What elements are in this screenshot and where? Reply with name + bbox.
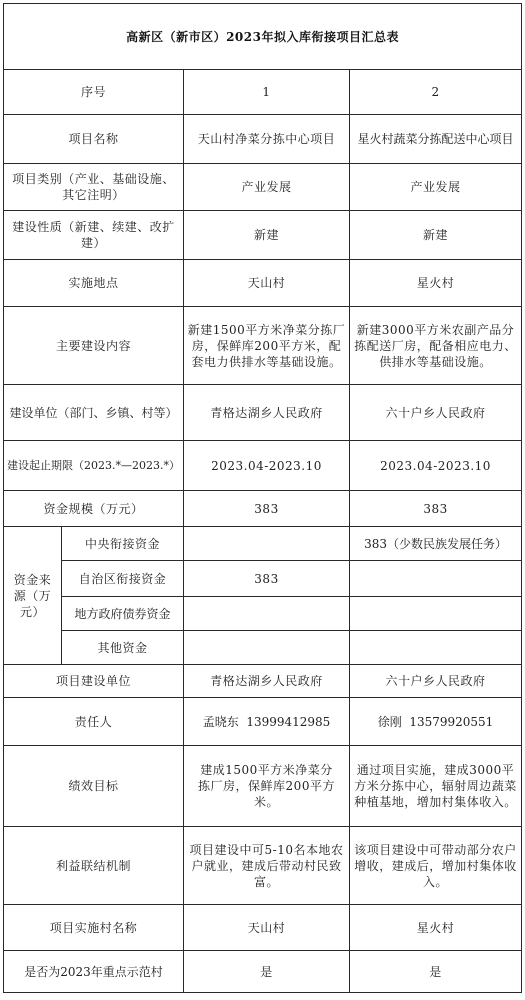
table-row: 绩效目标 建成1500平方米净菜分拣厂房，保鲜库200平方米。 通过项目实施，建… bbox=[4, 746, 522, 827]
row-label-serial: 序号 bbox=[4, 70, 184, 115]
row-label-demo: 是否为2023年重点示范村 bbox=[4, 951, 184, 993]
cell-p2-serial: 2 bbox=[350, 70, 522, 115]
cell-p1-goal: 建成1500平方米净菜分拣厂房，保鲜库200平方米。 bbox=[184, 746, 350, 827]
cell-p1-location: 天山村 bbox=[184, 260, 350, 307]
summary-table: 高新区（新市区）2023年拟入库衔接项目汇总表 序号 1 2 项目名称 天山村净… bbox=[3, 3, 522, 993]
cell-p2-demo: 是 bbox=[350, 951, 522, 993]
table-row: 主要建设内容 新建1500平方米净菜分拣厂房，保鲜库200平方米，配套电力供排水… bbox=[4, 307, 522, 385]
table-row: 资金规模（万元） 383 383 bbox=[4, 491, 522, 527]
row-label-village: 项目实施村名称 bbox=[4, 905, 184, 951]
cell-p1-nature: 新建 bbox=[184, 211, 350, 260]
cell-p2-nature: 新建 bbox=[350, 211, 522, 260]
row-label-responsible: 责任人 bbox=[4, 698, 184, 746]
page-title: 高新区（新市区）2023年拟入库衔接项目汇总表 bbox=[4, 4, 522, 70]
table-row: 项目实施村名称 天山村 星火村 bbox=[4, 905, 522, 951]
cell-p1-unit: 青格达湖乡人民政府 bbox=[184, 385, 350, 441]
cell-p1-build-unit: 青格达湖乡人民政府 bbox=[184, 665, 350, 698]
cell-p2-village: 星火村 bbox=[350, 905, 522, 951]
row-label-category: 项目类别（产业、基础设施、其它注明） bbox=[4, 164, 184, 211]
row-label-benefit: 利益联结机制 bbox=[4, 827, 184, 905]
cell-p1-project-name: 天山村净菜分拣中心项目 bbox=[184, 115, 350, 164]
cell-p1-responsible: 孟晓东 13999412985 bbox=[184, 698, 350, 746]
cell-p2-funding-bond bbox=[350, 597, 522, 631]
row-label-location: 实施地点 bbox=[4, 260, 184, 307]
funding-label-bond: 地方政府债券资金 bbox=[62, 597, 184, 631]
row-label-goal: 绩效目标 bbox=[4, 746, 184, 827]
funding-label-other: 其他资金 bbox=[62, 631, 184, 665]
table-row: 资金来源（万元） 中央衔接资金 383（少数民族发展任务） bbox=[4, 527, 522, 561]
cell-p2-funding-central: 383（少数民族发展任务） bbox=[350, 527, 522, 561]
row-label-period: 建设起止期限（2023.*—2023.*） bbox=[4, 441, 184, 491]
cell-p1-funding-region: 383 bbox=[184, 561, 350, 597]
table-row: 其他资金 bbox=[4, 631, 522, 665]
cell-p2-responsible: 徐刚 13579920551 bbox=[350, 698, 522, 746]
title-row: 高新区（新市区）2023年拟入库衔接项目汇总表 bbox=[4, 4, 522, 70]
cell-p1-funding-central bbox=[184, 527, 350, 561]
row-label-nature: 建设性质（新建、续建、改扩建） bbox=[4, 211, 184, 260]
table-row: 自治区衔接资金 383 bbox=[4, 561, 522, 597]
cell-p1-funding-other bbox=[184, 631, 350, 665]
cell-p1-period: 2023.04-2023.10 bbox=[184, 441, 350, 491]
cell-p1-category: 产业发展 bbox=[184, 164, 350, 211]
row-label-project-name: 项目名称 bbox=[4, 115, 184, 164]
cell-p2-period: 2023.04-2023.10 bbox=[350, 441, 522, 491]
cell-p2-unit: 六十户乡人民政府 bbox=[350, 385, 522, 441]
cell-p1-scale: 383 bbox=[184, 491, 350, 527]
table-row: 项目建设单位 青格达湖乡人民政府 六十户乡人民政府 bbox=[4, 665, 522, 698]
cell-p2-build-unit: 六十户乡人民政府 bbox=[350, 665, 522, 698]
cell-p1-content: 新建1500平方米净菜分拣厂房，保鲜库200平方米，配套电力供排水等基础设施。 bbox=[184, 307, 350, 385]
table-row: 建设性质（新建、续建、改扩建） 新建 新建 bbox=[4, 211, 522, 260]
table-row: 项目名称 天山村净菜分拣中心项目 星火村蔬菜分拣配送中心项目 bbox=[4, 115, 522, 164]
cell-p1-serial: 1 bbox=[184, 70, 350, 115]
cell-p2-location: 星火村 bbox=[350, 260, 522, 307]
cell-p2-benefit: 该项目建设中可带动部分农户增收，建成后，增加村集体收入。 bbox=[350, 827, 522, 905]
cell-p1-demo: 是 bbox=[184, 951, 350, 993]
table-row: 责任人 孟晓东 13999412985 徐刚 13579920551 bbox=[4, 698, 522, 746]
table-row: 项目类别（产业、基础设施、其它注明） 产业发展 产业发展 bbox=[4, 164, 522, 211]
table-row: 利益联结机制 项目建设中可5-10名本地农户就业，建成后带动村民致富。 该项目建… bbox=[4, 827, 522, 905]
funding-label-central: 中央衔接资金 bbox=[62, 527, 184, 561]
cell-p1-funding-bond bbox=[184, 597, 350, 631]
table-row: 是否为2023年重点示范村 是 是 bbox=[4, 951, 522, 993]
cell-p1-village: 天山村 bbox=[184, 905, 350, 951]
table-row: 建设单位（部门、乡镇、村等） 青格达湖乡人民政府 六十户乡人民政府 bbox=[4, 385, 522, 441]
row-label-build-unit: 项目建设单位 bbox=[4, 665, 184, 698]
row-label-content: 主要建设内容 bbox=[4, 307, 184, 385]
table-row: 地方政府债券资金 bbox=[4, 597, 522, 631]
cell-p2-category: 产业发展 bbox=[350, 164, 522, 211]
cell-p2-funding-other bbox=[350, 631, 522, 665]
cell-p2-content: 新建3000平方米农副产品分拣配送厂房，配备相应电力、供排水等基础设施。 bbox=[350, 307, 522, 385]
table-row: 实施地点 天山村 星火村 bbox=[4, 260, 522, 307]
cell-p2-scale: 383 bbox=[350, 491, 522, 527]
funding-label-region: 自治区衔接资金 bbox=[62, 561, 184, 597]
table-row: 序号 1 2 bbox=[4, 70, 522, 115]
table-row: 建设起止期限（2023.*—2023.*） 2023.04-2023.10 20… bbox=[4, 441, 522, 491]
cell-p2-project-name: 星火村蔬菜分拣配送中心项目 bbox=[350, 115, 522, 164]
row-label-unit: 建设单位（部门、乡镇、村等） bbox=[4, 385, 184, 441]
row-label-scale: 资金规模（万元） bbox=[4, 491, 184, 527]
row-label-funding: 资金来源（万元） bbox=[4, 527, 62, 665]
cell-p1-benefit: 项目建设中可5-10名本地农户就业，建成后带动村民致富。 bbox=[184, 827, 350, 905]
cell-p2-funding-region bbox=[350, 561, 522, 597]
cell-p2-goal: 通过项目实施，建成3000平方米分拣中心，辐射周边蔬菜种植基地，增加村集体收入。 bbox=[350, 746, 522, 827]
